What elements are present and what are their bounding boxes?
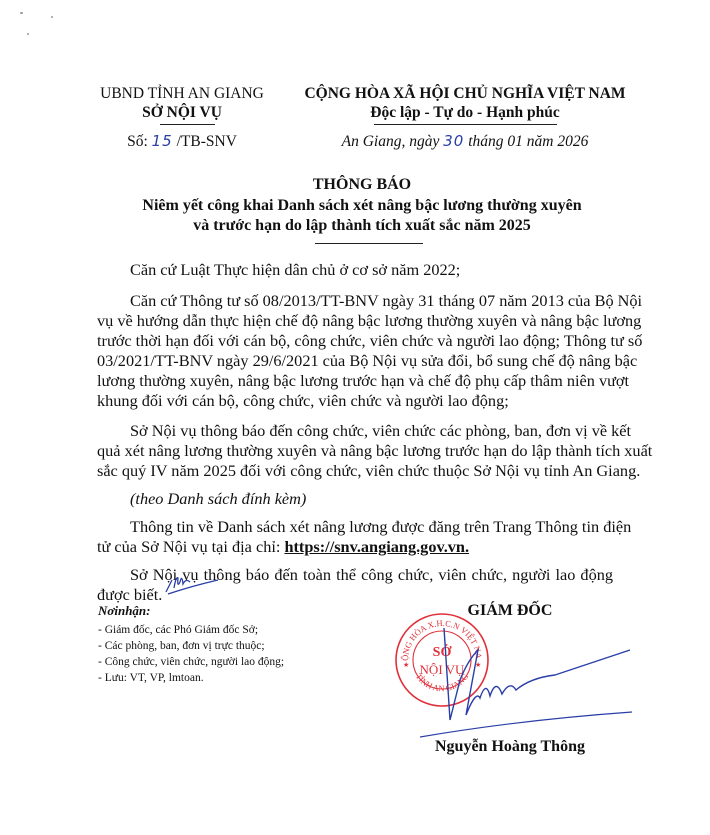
attachment-note: (theo Danh sách đính kèm)	[97, 489, 613, 509]
body-p2-line: khung đối với cán bộ, công chức, viên ch…	[97, 391, 613, 411]
date-suffix: tháng 01 năm 2026	[468, 133, 588, 150]
country-name: CỘNG HÒA XÃ HỘI CHỦ NGHĨA VIỆT NAM	[300, 85, 630, 103]
scan-speck	[51, 16, 53, 18]
body-p1-line: Căn cứ Luật Thực hiện dân chủ ở cơ sở nă…	[97, 260, 613, 280]
doc-type-title: THÔNG BÁO	[92, 176, 632, 194]
doc-subtitle-line1: Niêm yết công khai Danh sách xét nâng bậ…	[92, 197, 632, 215]
motto-underline	[374, 124, 557, 125]
director-signature-icon	[420, 620, 635, 740]
body-p3-line: quả xét nâng lương thường xuyên và nâng …	[97, 441, 613, 461]
svg-text:★: ★	[403, 661, 409, 669]
date-day-handwritten: 30	[443, 132, 464, 150]
recipient-item: - Các phòng, ban, đơn vị trực thuộc;	[98, 638, 265, 654]
doc-number-prefix: Số:	[127, 133, 148, 150]
body-p5-line2: tử của Sở Nội vụ tại địa chỉ: https://sn…	[97, 537, 613, 557]
doc-number: Số: 15 /TB-SNV	[92, 132, 272, 151]
body-p3-line: Sở Nội vụ thông báo đến công chức, viên …	[97, 421, 613, 441]
body-p5-line: Thông tin về Danh sách xét nâng lương đư…	[97, 517, 613, 537]
scan-speck	[27, 33, 29, 35]
initials-signature-icon	[162, 568, 222, 596]
body-p2-line: trước thời hạn đối với cán bộ, công chức…	[97, 331, 613, 351]
body-p5-prefix: tử của Sở Nội vụ tại địa chỉ:	[97, 537, 284, 556]
motto: Độc lập - Tự do - Hạnh phúc	[300, 104, 630, 122]
doc-subtitle-line2: và trước hạn do lập thành tích xuất sắc …	[92, 217, 632, 235]
body-p3-line: sắc quý IV năm 2025 đối với công chức, v…	[97, 461, 613, 481]
website-link[interactable]: https://snv.angiang.gov.vn.	[284, 537, 469, 556]
recipient-item: - Giám đốc, các Phó Giám đốc Sở;	[98, 622, 258, 638]
issue-date: An Giang, ngày 30 tháng 01 năm 2026	[300, 132, 630, 151]
date-prefix: An Giang, ngày	[342, 133, 440, 150]
title-underline	[315, 243, 423, 244]
body-p2-line: vụ về hướng dẫn thực hiện chế độ nâng bậ…	[97, 311, 613, 331]
body-p2-line: Căn cứ Thông tư số 08/2013/TT-BNV ngày 3…	[97, 291, 613, 311]
doc-number-suffix: /TB-SNV	[177, 133, 237, 150]
recipient-item: - Công chức, viên chức, người lao động;	[98, 654, 284, 670]
doc-number-handwritten: 15	[152, 132, 173, 150]
signer-name: Nguyễn Hoàng Thông	[410, 738, 610, 756]
recipient-item: - Lưu: VT, VP, lmtoan.	[98, 670, 204, 686]
body-p2-line: 03/2021/TT-BNV ngày 29/6/2021 của Bộ Nội…	[97, 351, 613, 371]
scan-speck	[20, 12, 23, 14]
body-p2-line: lương thường xuyên, nâng bậc lương trước…	[97, 371, 613, 391]
body-p6-text: được biết.	[97, 585, 162, 604]
org-underline	[160, 124, 215, 125]
org-name: SỞ NỘI VỤ	[92, 104, 272, 122]
org-parent: UBND TỈNH AN GIANG	[92, 85, 272, 103]
recipients-title: Nơinhận:	[98, 603, 151, 619]
